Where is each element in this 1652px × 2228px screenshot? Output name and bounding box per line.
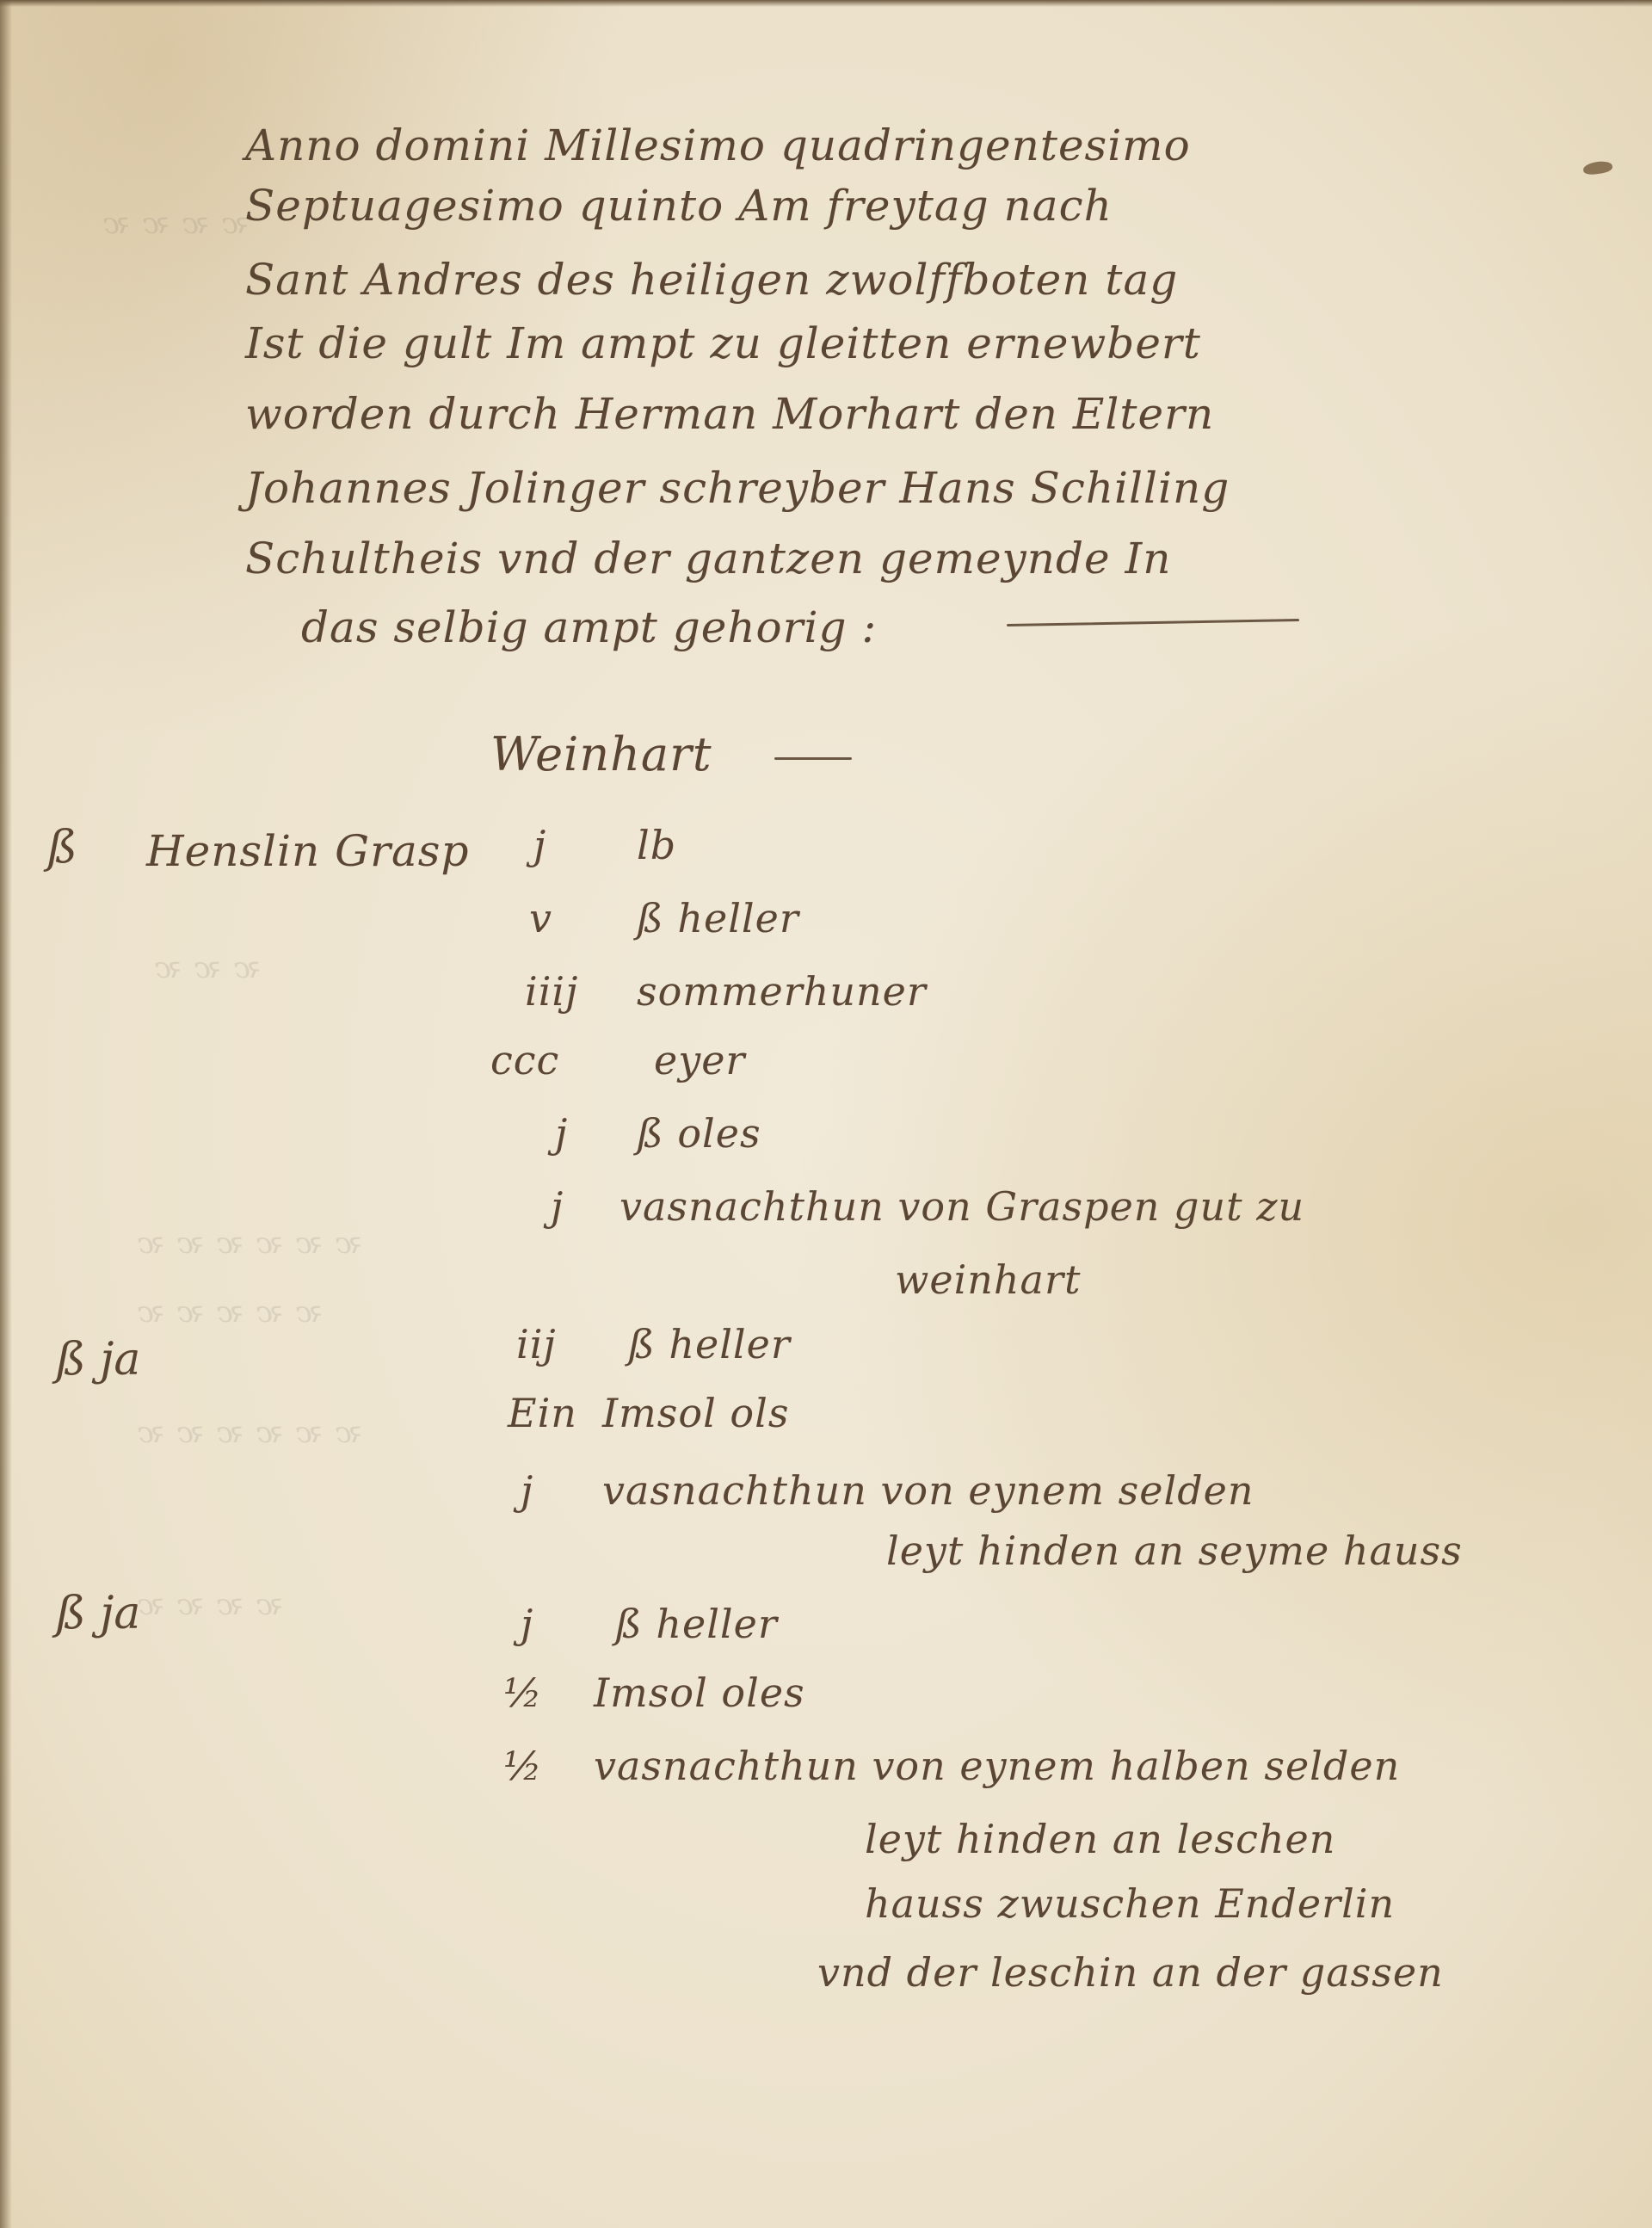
- entry-item-continuation: weinhart: [895, 1256, 1081, 1303]
- entry-item: vasnachthun von Graspen gut zu: [619, 1183, 1304, 1230]
- bleed-through-text: ꝛc ꝛc ꝛc ꝛc: [103, 202, 252, 242]
- entry-item: eyer: [654, 1037, 745, 1083]
- heading-line: Ist die gult Im ampt zu gleitten ernewbe…: [245, 318, 1201, 368]
- entry-qty: ½: [503, 1669, 543, 1716]
- entry-item-continuation: vnd der leschin an der gassen: [817, 1949, 1444, 1996]
- entry-item: ß heller: [615, 1601, 778, 1647]
- title-flourish: [774, 757, 852, 760]
- ink-mark: [1582, 160, 1613, 176]
- margin-mark: ß ja: [56, 1334, 140, 1386]
- section-title: Weinhart: [490, 727, 712, 781]
- entry-qty: j: [521, 1601, 533, 1647]
- entry-item: vasnachthun von eynem halben selden: [594, 1743, 1400, 1789]
- entry-item: ß heller: [637, 895, 799, 941]
- margin-mark: ß ja: [56, 1588, 140, 1639]
- entry-name: Henslin Grasp: [146, 826, 469, 876]
- entry-item: lb: [637, 822, 676, 868]
- entry-item: vasnachthun von eynem selden: [602, 1467, 1254, 1514]
- bleed-through-text: ꝛc ꝛc ꝛc ꝛc ꝛc: [138, 1291, 326, 1330]
- entry-qty: j: [521, 1467, 533, 1514]
- bleed-through-text: ꝛc ꝛc ꝛc ꝛc ꝛc ꝛc: [138, 1411, 366, 1451]
- entry-qty: iiij: [525, 968, 578, 1015]
- heading-line: Anno domini Millesimo quadringentesimo: [245, 120, 1191, 170]
- entry-item: ß oles: [637, 1110, 761, 1157]
- bleed-through-text: ꝛc ꝛc ꝛc ꝛc ꝛc ꝛc: [138, 1222, 366, 1262]
- heading-line: das selbig ampt gehorig :: [301, 602, 877, 652]
- line-filler-stroke: [1007, 619, 1299, 626]
- entry-qty: ½: [503, 1743, 543, 1789]
- entry-qty: v: [529, 895, 552, 941]
- bleed-through-text: ꝛc ꝛc ꝛc: [155, 947, 264, 986]
- heading-line: Johannes Jolinger schreyber Hans Schilli…: [245, 463, 1230, 513]
- heading-line: Sant Andres des heiligen zwolffboten tag: [245, 255, 1178, 305]
- entry-item-continuation: leyt hinden an leschen: [865, 1816, 1335, 1862]
- heading-line: Septuagesimo quinto Am freytag nach: [245, 181, 1113, 231]
- bleed-through-text: ꝛc ꝛc ꝛc ꝛc: [138, 1583, 287, 1623]
- entry-qty: j: [555, 1110, 568, 1157]
- entry-item: sommerhuner: [637, 968, 927, 1015]
- entry-qty: j: [551, 1183, 564, 1230]
- entry-qty: Ein: [508, 1390, 577, 1436]
- heading-line: worden durch Herman Morhart den Eltern: [245, 389, 1214, 439]
- entry-item: Imsol oles: [594, 1669, 805, 1716]
- entry-item-continuation: leyt hinden an seyme hauss: [886, 1528, 1463, 1574]
- entry-qty: ccc: [490, 1037, 559, 1083]
- entry-qty: j: [533, 822, 546, 868]
- entry-item-continuation: hauss zwuschen Enderlin: [865, 1880, 1395, 1927]
- entry-item: Imsol ols: [602, 1390, 789, 1436]
- manuscript-page: ꝛc ꝛc ꝛc ꝛc ꝛc ꝛc ꝛc ꝛc ꝛc ꝛc ꝛc ꝛc ꝛc ꝛ…: [0, 0, 1652, 2228]
- margin-mark: ß: [47, 822, 77, 873]
- entry-qty: iij: [516, 1321, 557, 1367]
- entry-item: ß heller: [628, 1321, 791, 1367]
- heading-line: Schultheis vnd der gantzen gemeynde In: [245, 534, 1171, 583]
